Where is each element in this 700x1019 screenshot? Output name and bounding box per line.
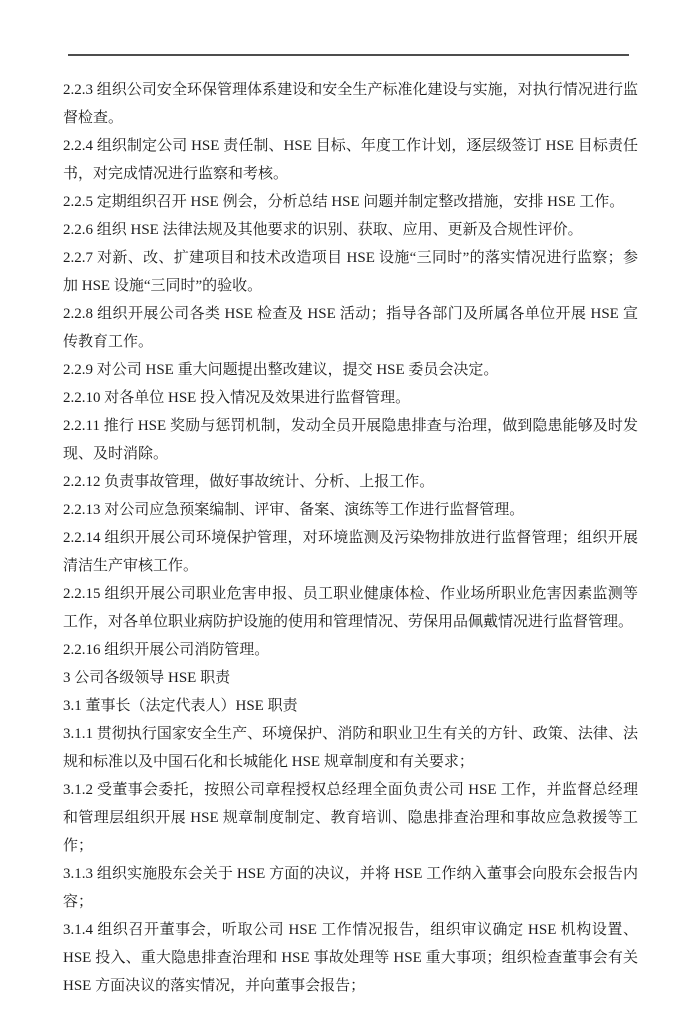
- document-body: 2.2.3 组织公司安全环保管理体系建设和安全生产标准化建设与实施，对执行情况进…: [63, 76, 638, 1000]
- para-2-2-10: 2.2.10 对各单位 HSE 投入情况及效果进行监督管理。: [63, 384, 638, 412]
- para-2-2-14: 2.2.14 组织开展公司环境保护管理，对环境监测及污染物排放进行监督管理；组织…: [63, 524, 638, 580]
- para-2-2-9: 2.2.9 对公司 HSE 重大问题提出整改建议，提交 HSE 委员会决定。: [63, 356, 638, 384]
- subsection-heading-3-1: 3.1 董事长（法定代表人）HSE 职责: [63, 692, 638, 720]
- para-2-2-8: 2.2.8 组织开展公司各类 HSE 检查及 HSE 活动；指导各部门及所属各单…: [63, 300, 638, 356]
- para-3-1-3: 3.1.3 组织实施股东会关于 HSE 方面的决议，并将 HSE 工作纳入董事会…: [63, 860, 638, 916]
- section-heading-3: 3 公司各级领导 HSE 职责: [63, 664, 638, 692]
- para-2-2-4: 2.2.4 组织制定公司 HSE 责任制、HSE 目标、年度工作计划，逐层级签订…: [63, 132, 638, 188]
- para-2-2-16: 2.2.16 组织开展公司消防管理。: [63, 636, 638, 664]
- para-2-2-5: 2.2.5 定期组织召开 HSE 例会，分析总结 HSE 问题并制定整改措施，安…: [63, 188, 638, 216]
- para-3-1-4: 3.1.4 组织召开董事会，听取公司 HSE 工作情况报告，组织审议确定 HSE…: [63, 916, 638, 1000]
- para-2-2-13: 2.2.13 对公司应急预案编制、评审、备案、演练等工作进行监督管理。: [63, 496, 638, 524]
- para-2-2-12: 2.2.12 负责事故管理，做好事故统计、分析、上报工作。: [63, 468, 638, 496]
- para-2-2-6: 2.2.6 组织 HSE 法律法规及其他要求的识别、获取、应用、更新及合规性评价…: [63, 216, 638, 244]
- para-2-2-3: 2.2.3 组织公司安全环保管理体系建设和安全生产标准化建设与实施，对执行情况进…: [63, 76, 638, 132]
- para-3-1-1: 3.1.1 贯彻执行国家安全生产、环境保护、消防和职业卫生有关的方针、政策、法律…: [63, 720, 638, 776]
- para-2-2-15: 2.2.15 组织开展公司职业危害申报、员工职业健康体检、作业场所职业危害因素监…: [63, 580, 638, 636]
- para-2-2-11: 2.2.11 推行 HSE 奖励与惩罚机制，发动全员开展隐患排查与治理，做到隐患…: [63, 412, 638, 468]
- page-header-rule: [68, 54, 629, 56]
- document-page: 2.2.3 组织公司安全环保管理体系建设和安全生产标准化建设与实施，对执行情况进…: [0, 0, 700, 1019]
- para-3-1-2: 3.1.2 受董事会委托，按照公司章程授权总经理全面负责公司 HSE 工作，并监…: [63, 776, 638, 860]
- para-2-2-7: 2.2.7 对新、改、扩建项目和技术改造项目 HSE 设施“三同时”的落实情况进…: [63, 244, 638, 300]
